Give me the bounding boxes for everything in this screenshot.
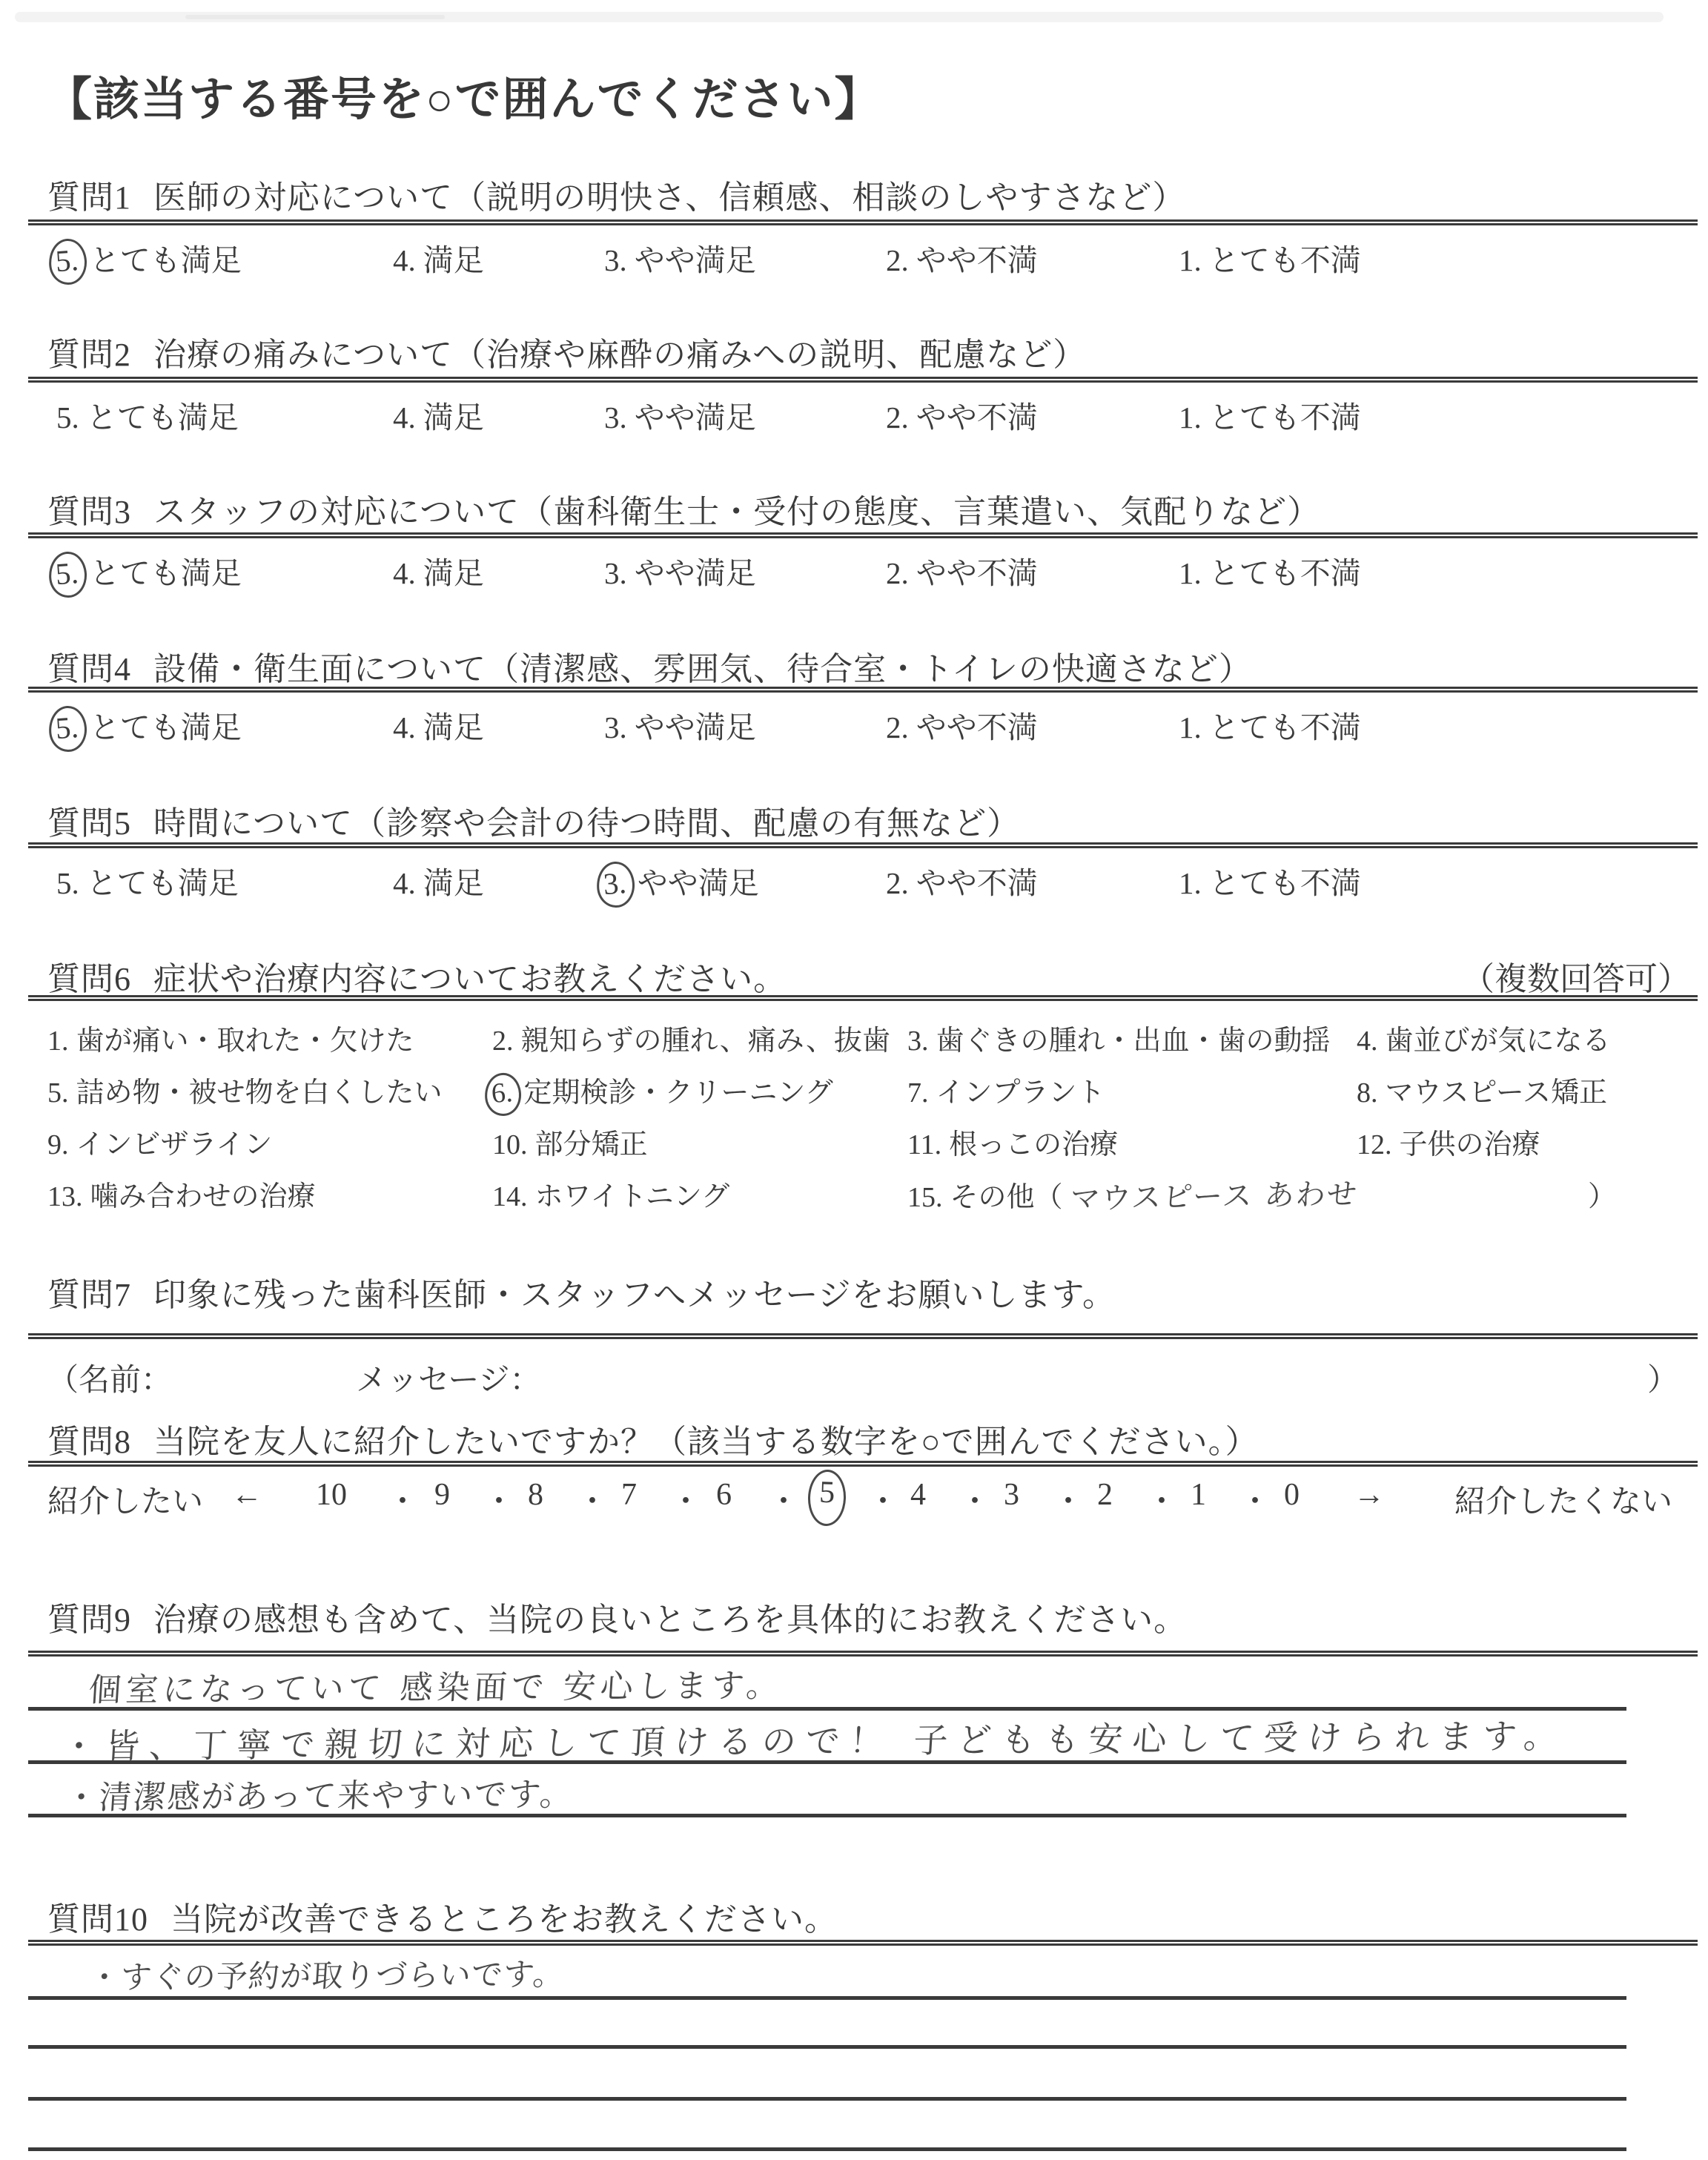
q8-number: 質問8 (47, 1424, 131, 1460)
q5-option-somewhat-satisfied: 3.やや満足 (604, 859, 759, 903)
q4-option-somewhat-satisfied: 3.やや満足 (604, 703, 756, 747)
q4-options-row: 5.とても満足 4.満足 3.やや満足 2.やや不満 1.とても不満 (0, 703, 1708, 747)
q5-option-somewhat-dissatisfied: 2.やや不満 (886, 859, 1038, 902)
q6-header: 質問6症状や治療内容についてお教えください。 (47, 952, 787, 1000)
q2-option-satisfied: 4.満足 (393, 393, 484, 437)
q6-item-label: マウスピース矯正 (1386, 1077, 1607, 1109)
q2-option-somewhat-dissatisfied: 2.やや不満 (886, 393, 1038, 437)
q2-option-label: やや満足 (635, 400, 756, 435)
q5-topic: 時間について（診察や会計の待つ時間、配慮の有無など） (153, 805, 1020, 842)
q2-option-label: とても不満 (1209, 400, 1361, 435)
q1-topic: 医師の対応について（説明の明快さ、信頼感、相談のしやすさなど） (153, 179, 1185, 216)
q6-item-label: 噛み合わせの治療 (90, 1181, 316, 1212)
q5-number: 質問5 (47, 805, 131, 842)
q2-option-label: やや不満 (916, 400, 1038, 435)
q8-dot-separator: ・ (1146, 1477, 1177, 1522)
q4-option-very-satisfied: 5.とても満足 (56, 703, 242, 747)
q6-item-6: 6.定期検診・クリーニング (492, 1069, 833, 1112)
q8-number-9: 9 (434, 1477, 450, 1513)
q8-number-4: 4 (910, 1477, 926, 1513)
q1-option-label: 満足 (423, 243, 484, 277)
q1-option-num: 4. (393, 243, 416, 277)
q8-number-7: 7 (621, 1477, 637, 1513)
q6-item-label: 定期検診・クリーニング (524, 1077, 833, 1109)
q8-right-arrow-icon: → (1354, 1477, 1385, 1513)
q8-topic: 当院を友人に紹介したいですか？（該当する数字を○で囲んでください。） (153, 1424, 1259, 1460)
q3-option-label: やや不満 (916, 556, 1038, 590)
q4-underline (28, 687, 1698, 693)
q2-option-label: 満足 (423, 400, 484, 435)
q6-item-3: 3.歯ぐきの腫れ・出血・歯の動揺 (907, 1017, 1331, 1058)
q8-dot-separator: ・ (959, 1477, 990, 1522)
q1-number: 質問1 (47, 179, 131, 216)
q6-item-12: 12.子供の治療 (1357, 1121, 1540, 1162)
q8-dot-separator: ・ (387, 1477, 418, 1522)
q5-option-label: やや満足 (638, 866, 759, 900)
q9-underline (28, 1651, 1698, 1657)
q8-dot-separator: ・ (1053, 1477, 1084, 1522)
q8-header: 質問8当院を友人に紹介したいですか？（該当する数字を○で囲んでください。） (47, 1415, 1259, 1462)
q7-header: 質問7印象に残った歯科医師・スタッフへメッセージをお願いします。 (47, 1268, 1116, 1315)
q6-item-num: 2. (492, 1025, 514, 1057)
q1-option-somewhat-dissatisfied: 2.やや不満 (886, 236, 1038, 280)
q4-option-label: とても不満 (1209, 710, 1361, 744)
q10-header: 質問10当院が改善できるところをお教えください。 (47, 1892, 838, 1940)
q7-topic: 印象に残った歯科医師・スタッフへメッセージをお願いします。 (153, 1277, 1116, 1313)
q8-number-8: 8 (528, 1477, 543, 1513)
q5-options-row: 5.とても満足 4.満足 3.やや満足 2.やや不満 1.とても不満 (0, 859, 1708, 903)
q1-option-satisfied: 4.満足 (393, 236, 484, 280)
q3-header: 質問3スタッフの対応について（歯科衛生士・受付の態度、言葉遣い、気配りなど） (47, 485, 1320, 532)
q6-other-handwritten-answer: マウスピース あわせ (1068, 1171, 1359, 1218)
q6-answer-circle: 6. (483, 1071, 522, 1117)
q5-answer-circle: 3. (595, 860, 636, 908)
q3-option-somewhat-satisfied: 3.やや満足 (604, 549, 756, 592)
q6-item-num: 8. (1357, 1077, 1378, 1109)
q4-option-very-dissatisfied: 1.とても不満 (1179, 703, 1361, 747)
q5-option-satisfied: 4.満足 (393, 859, 484, 902)
q1-option-num: 3. (604, 243, 627, 277)
q6-item-num: 3. (907, 1025, 929, 1057)
q6-item-13: 13.噛み合わせの治療 (47, 1173, 316, 1214)
q10-writing-line-3 (28, 2097, 1626, 2101)
q4-option-num: 3. (604, 710, 627, 744)
q6-item-label: 根っこの治療 (949, 1129, 1118, 1160)
q6-item-num: 4. (1357, 1025, 1378, 1057)
q6-item-num: 14. (492, 1181, 528, 1212)
q5-option-num: 4. (393, 866, 416, 900)
q8-dot-separator: ・ (1239, 1477, 1271, 1522)
q3-option-num: 2. (886, 556, 909, 590)
q3-topic: スタッフの対応について（歯科衛生士・受付の態度、言葉遣い、気配りなど） (153, 494, 1320, 530)
q10-writing-line-1 (28, 1996, 1626, 2000)
q3-option-label: とても不満 (1209, 556, 1361, 590)
q4-option-satisfied: 4.満足 (393, 703, 484, 747)
q6-topic: 症状や治療内容についてお教えください。 (153, 961, 787, 997)
q8-number-2: 2 (1097, 1477, 1113, 1513)
q2-option-somewhat-satisfied: 3.やや満足 (604, 393, 756, 437)
q1-option-label: やや満足 (635, 243, 756, 277)
q4-option-num: 1. (1179, 710, 1202, 744)
q4-option-label: とても満足 (90, 710, 242, 744)
q8-right-label: 紹介したくない (1454, 1477, 1672, 1522)
q5-option-label: とても不満 (1209, 866, 1361, 900)
q2-number: 質問2 (47, 337, 131, 373)
q8-number-10: 10 (316, 1477, 347, 1513)
q6-item-label: インプラント (936, 1077, 1105, 1109)
q3-answer-circle: 5. (47, 550, 88, 598)
q8-left-arrow-icon: ← (231, 1477, 262, 1513)
q2-header: 質問2治療の痛みについて（治療や麻酔の痛みへの説明、配慮など） (47, 328, 1086, 375)
q6-item-11: 11.根っこの治療 (907, 1121, 1118, 1162)
q6-item-10: 10.部分矯正 (492, 1121, 648, 1162)
q6-multi-answer-note: （複数回答可） (1462, 952, 1690, 1000)
q1-option-num: 2. (886, 243, 909, 277)
q6-item-label: その他（ (950, 1182, 1063, 1213)
q8-dot-separator: ・ (867, 1477, 898, 1522)
q3-option-num: 3. (604, 556, 627, 590)
q6-item-label: 歯が痛い・取れた・欠けた (76, 1025, 414, 1057)
q1-options-row: 5.とても満足 4.満足 3.やや満足 2.やや不満 1.とても不満 (0, 236, 1708, 280)
q8-dot-separator: ・ (577, 1477, 608, 1522)
q6-item-num: 12. (1357, 1129, 1392, 1160)
q8-dot-separator: ・ (483, 1477, 514, 1522)
q10-handwritten-answer-1: ・すぐの予約が取りづらいです。 (87, 1950, 566, 1998)
q4-option-label: 満足 (423, 710, 484, 744)
q6-item-num: 11. (907, 1129, 941, 1160)
q3-option-label: 満足 (423, 556, 484, 590)
q8-number-3: 3 (1004, 1477, 1019, 1513)
q9-header: 質問9治療の感想も含めて、当院の良いところを具体的にお教えください。 (47, 1593, 1187, 1640)
q6-item-5: 5.詰め物・被せ物を白くしたい (47, 1069, 443, 1110)
q5-option-num: 2. (886, 866, 909, 900)
q7-underline (28, 1333, 1698, 1339)
q4-topic: 設備・衛生面について（清潔感、雰囲気、待合室・トイレの快適さなど） (153, 651, 1252, 687)
q6-item-4: 4.歯並びが気になる (1357, 1017, 1611, 1058)
q4-header: 質問4設備・衛生面について（清潔感、雰囲気、待合室・トイレの快適さなど） (47, 642, 1252, 690)
q6-item-num: 10. (492, 1129, 528, 1160)
q1-option-label: やや不満 (916, 243, 1038, 277)
q1-header: 質問1医師の対応について（説明の明快さ、信頼感、相談のしやすさなど） (47, 171, 1185, 218)
q2-options-row: 5.とても満足 4.満足 3.やや満足 2.やや不満 1.とても不満 (0, 393, 1708, 437)
q3-options-row: 5.とても満足 4.満足 3.やや満足 2.やや不満 1.とても不満 (0, 549, 1708, 593)
q3-option-very-satisfied: 5.とても満足 (56, 549, 242, 593)
scan-artifact-streak (185, 15, 445, 19)
q10-writing-line-2 (28, 2045, 1626, 2049)
q3-option-num: 1. (1179, 556, 1202, 590)
q1-option-label: とても満足 (90, 243, 242, 277)
q4-answer-circle: 5. (47, 704, 88, 753)
q9-writing-line-2 (28, 1760, 1626, 1764)
q1-answer-circle: 5. (47, 237, 88, 285)
q8-number-0: 0 (1284, 1477, 1300, 1513)
q8-number-6: 6 (716, 1477, 732, 1513)
q8-number-1: 1 (1191, 1477, 1206, 1513)
q2-option-num: 4. (393, 400, 416, 435)
q8-dot-separator: ・ (670, 1477, 701, 1522)
q7-name-label: （名前： (47, 1355, 172, 1400)
q6-other-close-paren: ） (1588, 1173, 1616, 1214)
q6-item-num: 5. (47, 1077, 69, 1109)
q6-item-num: 1. (47, 1025, 69, 1057)
q7-number: 質問7 (47, 1277, 131, 1313)
q6-item-2: 2.親知らずの腫れ、痛み、抜歯 (492, 1017, 890, 1058)
q6-item-7: 7.インプラント (907, 1069, 1105, 1110)
q6-item-num: 7. (907, 1077, 929, 1109)
q2-option-very-satisfied: 5.とても満足 (56, 393, 239, 437)
q4-option-num: 4. (393, 710, 416, 744)
q2-option-label: とても満足 (87, 400, 239, 435)
q10-topic: 当院が改善できるところをお教えください。 (171, 1901, 838, 1938)
q6-item-label: ホワイトニング (535, 1181, 730, 1212)
q4-number: 質問4 (47, 651, 131, 687)
q7-message-label: メッセージ： (356, 1355, 540, 1400)
q8-underline (28, 1461, 1698, 1467)
q6-underline (28, 995, 1698, 1001)
q4-option-somewhat-dissatisfied: 2.やや不満 (886, 703, 1038, 747)
q8-left-label: 紹介したい (47, 1477, 203, 1522)
q3-option-label: とても満足 (90, 556, 242, 590)
q2-option-num: 3. (604, 400, 627, 435)
q2-option-num: 5. (56, 400, 79, 435)
q6-item-label: 部分矯正 (535, 1129, 648, 1160)
q2-topic: 治療の痛みについて（治療や麻酔の痛みへの説明、配慮など） (153, 337, 1086, 373)
q4-option-label: やや満足 (635, 710, 756, 744)
q2-option-very-dissatisfied: 1.とても不満 (1179, 393, 1361, 437)
q9-handwritten-answer-3: ・清潔感があって来やすいです。 (64, 1768, 575, 1819)
form-title: 【該当する番号を○で囲んでください】 (46, 62, 881, 128)
q3-number: 質問3 (47, 494, 131, 530)
q1-option-num: 1. (1179, 243, 1202, 277)
q3-option-label: やや満足 (635, 556, 756, 590)
q6-item-num: 9. (47, 1129, 69, 1160)
q10-writing-line-4 (28, 2147, 1626, 2151)
q5-header: 質問5時間について（診察や会計の待つ時間、配慮の有無など） (47, 796, 1020, 844)
q6-item-label: 歯並びが気になる (1386, 1025, 1611, 1057)
q5-option-label: とても満足 (87, 866, 239, 900)
q8-dot-separator: ・ (768, 1477, 799, 1522)
q6-item-label: 歯ぐきの腫れ・出血・歯の動揺 (936, 1025, 1331, 1057)
q1-option-very-dissatisfied: 1.とても不満 (1179, 236, 1361, 280)
q1-option-very-satisfied: 5.とても満足 (56, 236, 242, 280)
q7-close-paren: ） (1647, 1355, 1678, 1400)
q3-underline (28, 532, 1698, 538)
q10-number: 質問10 (47, 1901, 148, 1938)
q6-item-label: インビザライン (76, 1129, 273, 1160)
q1-underline (28, 219, 1698, 225)
q5-underline (28, 842, 1698, 848)
q5-option-num: 1. (1179, 866, 1202, 900)
q6-item-num: 13. (47, 1181, 83, 1212)
q3-option-very-dissatisfied: 1.とても不満 (1179, 549, 1361, 592)
q6-item-15: 15.その他（マウスピース あわせ (907, 1173, 1357, 1215)
q8-number-5-circled: 5 (807, 1469, 847, 1527)
q6-item-label: 詰め物・被せ物を白くしたい (76, 1077, 443, 1109)
q2-underline (28, 377, 1698, 383)
q2-option-num: 1. (1179, 400, 1202, 435)
q5-option-very-satisfied: 5.とても満足 (56, 859, 239, 902)
q9-number: 質問9 (47, 1602, 131, 1638)
q5-option-label: 満足 (423, 866, 484, 900)
q5-option-very-dissatisfied: 1.とても不満 (1179, 859, 1361, 902)
q9-topic: 治療の感想も含めて、当院の良いところを具体的にお教えください。 (153, 1602, 1187, 1638)
q10-underline (28, 1940, 1698, 1946)
q2-option-num: 2. (886, 400, 909, 435)
q3-option-num: 4. (393, 556, 416, 590)
q9-writing-line-3 (28, 1814, 1626, 1817)
q1-option-somewhat-satisfied: 3.やや満足 (604, 236, 756, 280)
q3-option-somewhat-dissatisfied: 2.やや不満 (886, 549, 1038, 592)
q6-item-label: 親知らずの腫れ、痛み、抜歯 (521, 1025, 891, 1057)
q5-option-label: やや不満 (916, 866, 1038, 900)
q6-item-label: 子供の治療 (1400, 1129, 1540, 1160)
q1-option-label: とても不満 (1209, 243, 1361, 277)
q6-item-9: 9.インビザライン (47, 1121, 272, 1162)
q6-item-num: 15. (907, 1182, 943, 1213)
q5-option-num: 5. (56, 866, 79, 900)
q6-item-8: 8.マウスピース矯正 (1357, 1069, 1607, 1110)
q4-option-label: やや不満 (916, 710, 1038, 744)
q6-item-14: 14.ホワイトニング (492, 1173, 729, 1214)
q6-item-1: 1.歯が痛い・取れた・欠けた (47, 1017, 414, 1058)
q4-option-num: 2. (886, 710, 909, 744)
q9-handwritten-answer-1: 個室になっていて 感染面で 安心します。 (87, 1659, 785, 1711)
q3-option-satisfied: 4.満足 (393, 549, 484, 592)
q6-number: 質問6 (47, 961, 131, 997)
